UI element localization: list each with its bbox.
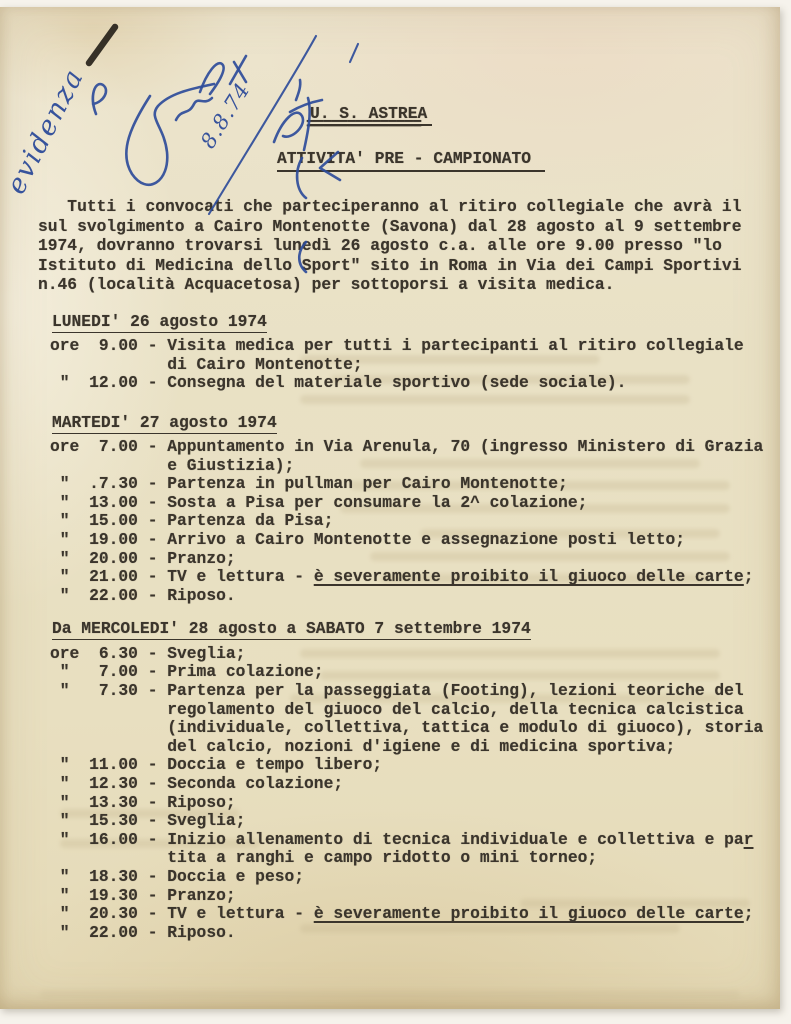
schedule-line: e Giustizia);	[50, 457, 780, 476]
section-heading-text: MARTEDI' 27 agosto 1974	[52, 413, 277, 434]
schedule-line: " 15.00 - Partenza da Pisa;	[50, 512, 780, 531]
schedule-line: " 13.00 - Sosta a Pisa per consumare la …	[50, 494, 780, 513]
schedule-line: " 12.00 - Consegna del materiale sportiv…	[50, 374, 780, 393]
section-heading: Da MERCOLEDI' 28 agosto a SABATO 7 sette…	[52, 619, 780, 638]
schedule-line: " 15.30 - Sveglia;	[50, 812, 780, 831]
schedule-line: di Cairo Montenotte;	[50, 356, 780, 375]
schedule-line: " 21.00 - TV e lettura - è severamente p…	[50, 568, 780, 587]
schedule-line: tita a ranghi e campo ridotto o mini tor…	[50, 849, 780, 868]
schedule-line: del calcio, nozioni d'igiene e di medici…	[50, 738, 780, 757]
schedule-section: LUNEDI' 26 agosto 1974ore 9.00 - Visita …	[0, 312, 780, 393]
org-title-double-underline: ==============	[306, 117, 780, 133]
typed-content: U. S. ASTREA ============== ATTIVITA' PR…	[0, 7, 780, 1009]
schedule-section: Da MERCOLEDI' 28 agosto a SABATO 7 sette…	[0, 619, 780, 942]
intro-paragraph: Tutti i convocati che parteciperanno al …	[38, 197, 780, 295]
schedule-line: ore 9.00 - Visita medica per tutti i par…	[50, 337, 780, 356]
page-title-text: ATTIVITA' PRE - CAMPIONATO	[277, 149, 545, 172]
schedule-line: " 18.30 - Doccia e peso;	[50, 868, 780, 887]
schedule-line: " 11.00 - Doccia e tempo libero;	[50, 756, 780, 775]
document-page: U. S. ASTREA ============== ATTIVITA' PR…	[0, 7, 780, 1009]
schedule-line: ore 7.00 - Appuntamento in Via Arenula, …	[50, 438, 780, 457]
schedule-line: " 16.00 - Inizio allenamento di tecnica …	[50, 831, 780, 850]
section-heading-text: LUNEDI' 26 agosto 1974	[52, 312, 267, 333]
schedule-line: " 20.30 - TV e lettura - è severamente p…	[50, 905, 780, 924]
section-heading-text: Da MERCOLEDI' 28 agosto a SABATO 7 sette…	[52, 619, 531, 640]
page-title: ATTIVITA' PRE - CAMPIONATO	[277, 149, 780, 169]
schedule-line: " 19.30 - Pranzo;	[50, 887, 780, 906]
schedule-line: " 22.00 - Riposo.	[50, 924, 780, 943]
schedule-line: " 22.00 - Riposo.	[50, 587, 780, 606]
schedule-line: " 7.00 - Prima colazione;	[50, 663, 780, 682]
section-heading: MARTEDI' 27 agosto 1974	[52, 413, 780, 432]
schedule-line: " 19.00 - Arrivo a Cairo Montenotte e as…	[50, 531, 780, 550]
schedule-line: " .7.30 - Partenza in pullman per Cairo …	[50, 475, 780, 494]
schedule-line: (individuale, collettiva, tattica e modu…	[50, 719, 780, 738]
schedule-line: ore 6.30 - Sveglia;	[50, 645, 780, 664]
schedule-line: regolamento del giuoco del calcio, della…	[50, 701, 780, 720]
section-heading: LUNEDI' 26 agosto 1974	[52, 312, 780, 331]
schedule-line: " 7.30 - Partenza per la passeggiata (Fo…	[50, 682, 780, 701]
schedule-line: " 13.30 - Riposo;	[50, 794, 780, 813]
schedule-line: " 20.00 - Pranzo;	[50, 550, 780, 569]
schedule-sections: LUNEDI' 26 agosto 1974ore 9.00 - Visita …	[0, 312, 780, 943]
schedule-line: " 12.30 - Seconda colazione;	[50, 775, 780, 794]
schedule-section: MARTEDI' 27 agosto 1974ore 7.00 - Appunt…	[0, 413, 780, 606]
